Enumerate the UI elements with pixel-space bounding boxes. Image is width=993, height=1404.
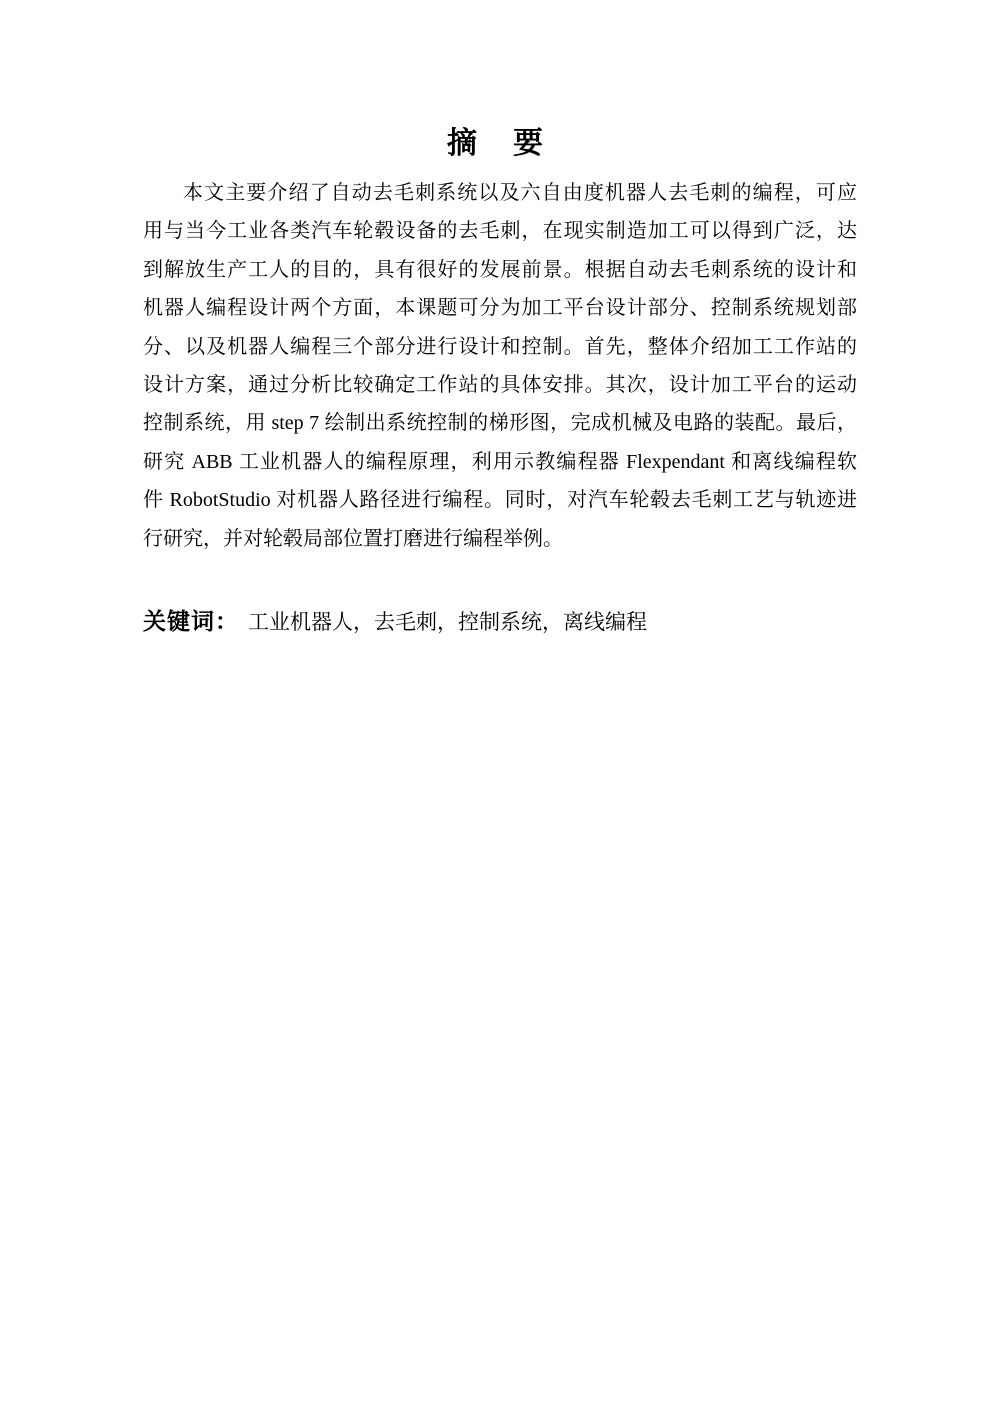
abstract-line: 研究 ABB 工业机器人的编程原理，利用示教编程器 Flexpendant 和离… bbox=[143, 443, 857, 481]
abstract-line: 设计方案，通过分析比较确定工作站的具体安排。其次，设计加工平台的运动 bbox=[143, 366, 857, 404]
abstract-line: 到解放生产工人的目的，具有很好的发展前景。根据自动去毛刺系统的设计和 bbox=[143, 251, 857, 289]
abstract-paragraph: 本文主要介绍了自动去毛刺系统以及六自由度机器人去毛刺的编程，可应 用与当今工业各… bbox=[143, 174, 857, 558]
keywords-line: 关键词： 工业机器人，去毛刺，控制系统，离线编程 bbox=[143, 605, 857, 638]
abstract-page: 摘 要 本文主要介绍了自动去毛刺系统以及六自由度机器人去毛刺的编程，可应 用与当… bbox=[0, 0, 993, 1404]
page-title: 摘 要 bbox=[0, 126, 993, 162]
keywords-label: 关键词： bbox=[143, 605, 239, 637]
abstract-line: 本文主要介绍了自动去毛刺系统以及六自由度机器人去毛刺的编程，可应 bbox=[143, 174, 857, 212]
abstract-line: 控制系统，用 step 7 绘制出系统控制的梯形图，完成机械及电路的装配。最后， bbox=[143, 404, 857, 442]
keywords-text: 工业机器人，去毛刺，控制系统，离线编程 bbox=[248, 606, 647, 638]
abstract-line: 分、以及机器人编程三个部分进行设计和控制。首先，整体介绍加工工作站的 bbox=[143, 328, 857, 366]
abstract-line: 用与当今工业各类汽车轮毂设备的去毛刺，在现实制造加工可以得到广泛，达 bbox=[143, 212, 857, 250]
abstract-line: 行研究，并对轮毂局部位置打磨进行编程举例。 bbox=[143, 520, 857, 558]
abstract-line: 件 RobotStudio 对机器人路径进行编程。同时，对汽车轮毂去毛刺工艺与轨… bbox=[143, 481, 857, 519]
abstract-line: 机器人编程设计两个方面，本课题可分为加工平台设计部分、控制系统规划部 bbox=[143, 289, 857, 327]
